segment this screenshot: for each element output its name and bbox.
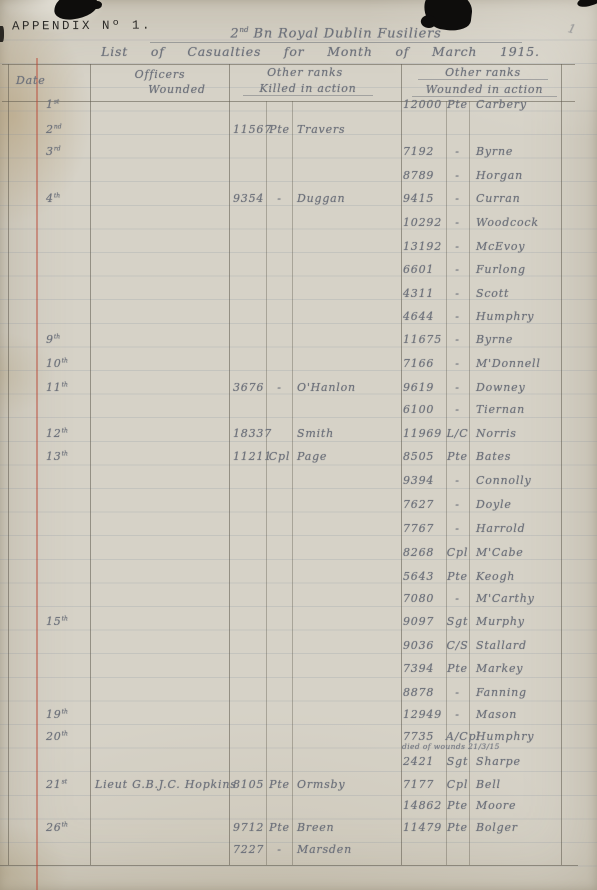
w-no-entry: 6100 <box>403 403 446 419</box>
w-rank-entry: - <box>446 686 469 702</box>
w-rank-entry: L/C <box>446 427 469 443</box>
w-name-entry: Norris <box>476 427 562 443</box>
k-rank-entry: - <box>266 843 293 859</box>
w-rank-entry: Sgt <box>446 615 469 631</box>
header-wounded-line2: Wounded in action <box>412 83 557 97</box>
w-no-entry: 5643 <box>403 570 446 586</box>
header-officers-line1: Officers <box>110 68 210 81</box>
w-name-entry: M'Cabe <box>476 546 562 562</box>
w-name-entry: Sharpe <box>476 755 562 771</box>
w-no-entry: 7166 <box>403 357 446 373</box>
k-name-entry: Page <box>297 450 399 466</box>
date-entry: 12th <box>46 427 86 443</box>
w-rank-entry: C/S <box>446 639 469 655</box>
w-no-entry: 8789 <box>403 169 446 185</box>
ink-blot <box>92 1 102 9</box>
date-entry: 9th <box>46 333 86 349</box>
w-name-entry: McEvoy <box>476 240 562 256</box>
killed-wounded-divider-line <box>401 64 402 865</box>
table-right-border <box>561 64 562 865</box>
w-no-entry: 13192 <box>403 240 446 256</box>
date-entry: 21st <box>46 778 86 794</box>
w-name-entry: M'Carthy <box>476 592 562 608</box>
w-no-entry: 9036 <box>403 639 446 655</box>
date-entry: 15th <box>46 615 86 631</box>
w-no-entry: 8268 <box>403 546 446 562</box>
k-no-entry: 18337 <box>233 427 266 443</box>
w-no-entry: 4311 <box>403 287 446 303</box>
k-rank-entry: - <box>266 381 293 397</box>
header-killed-line2: Killed in action <box>243 82 373 96</box>
header-date: Date <box>16 74 46 87</box>
w-name-entry: Stallard <box>476 639 562 655</box>
w-rank-entry: Pte <box>446 821 469 837</box>
w-rank-entry: - <box>446 333 469 349</box>
w-rank-entry: Sgt <box>446 755 469 771</box>
w-rank-entry: - <box>446 192 469 208</box>
w-rank-entry: Pte <box>446 662 469 678</box>
table-bottom-line <box>0 865 578 866</box>
k-no-entry: 3676 <box>233 381 266 397</box>
w-no-entry: 7177 <box>403 778 446 794</box>
w-no-entry: 12949 <box>403 708 446 724</box>
w-no-entry: 6601 <box>403 263 446 279</box>
date-entry: 19th <box>46 708 86 724</box>
w-rank-entry: - <box>446 263 469 279</box>
w-name-entry: Curran <box>476 192 562 208</box>
w-rank-entry: - <box>446 381 469 397</box>
k-no-entry: 11211 <box>233 450 266 466</box>
w-name-entry: Mason <box>476 708 562 724</box>
k-no-entry: 7227 <box>233 843 266 859</box>
k-no-entry: 9354 <box>233 192 266 208</box>
w-no-entry: 8878 <box>403 686 446 702</box>
w-name-entry: Harrold <box>476 522 562 538</box>
w-name-entry: Bolger <box>476 821 562 837</box>
w-rank-entry: - <box>446 310 469 326</box>
k-rank-entry: Pte <box>266 123 293 139</box>
w-rank-entry: - <box>446 592 469 608</box>
w-no-entry: 7080 <box>403 592 446 608</box>
w-rank-entry: - <box>446 498 469 514</box>
w-rank-entry: - <box>446 357 469 373</box>
red-margin-line <box>36 58 38 890</box>
document-page: APPENDIX Nº 1. 1 2nd Bn Royal Dublin Fus… <box>0 0 597 890</box>
wounded-number-line <box>446 101 447 865</box>
w-no-entry: 4644 <box>403 310 446 326</box>
ink-blot <box>576 0 597 9</box>
w-name-entry: Woodcock <box>476 216 562 232</box>
k-rank-entry: Pte <box>266 778 293 794</box>
date-entry: 20th <box>46 730 86 746</box>
w-rank-entry: - <box>446 474 469 490</box>
w-name-entry: Byrne <box>476 333 562 349</box>
w-no-entry: 9619 <box>403 381 446 397</box>
w-rank-entry: - <box>446 522 469 538</box>
casualty-note: died of wounds 21/3/15 <box>402 742 500 751</box>
w-no-entry: 11969 <box>403 427 446 443</box>
k-name-entry: Ormsby <box>297 778 399 794</box>
date-entry: 13th <box>46 450 86 466</box>
w-name-entry: Markey <box>476 662 562 678</box>
w-rank-entry: - <box>446 240 469 256</box>
w-name-entry: Humphry <box>476 730 562 746</box>
w-name-entry: Scott <box>476 287 562 303</box>
w-name-entry: Byrne <box>476 145 562 161</box>
w-name-entry: Bates <box>476 450 562 466</box>
page-subtitle: List of Casualties for Month of March 19… <box>68 44 573 59</box>
w-name-entry: M'Donnell <box>476 357 562 373</box>
w-rank-entry: - <box>446 169 469 185</box>
officer-entry: Lieut G.B.J.C. Hopkins <box>95 778 231 794</box>
table-top-line <box>2 64 575 65</box>
w-name-entry: Murphy <box>476 615 562 631</box>
k-name-entry: Breen <box>297 821 399 837</box>
date-entry: 10th <box>46 357 86 373</box>
date-entry: 4th <box>46 192 86 208</box>
w-name-entry: Bell <box>476 778 562 794</box>
w-no-entry: 2421 <box>403 755 446 771</box>
w-rank-entry: A/Cpl <box>446 730 469 746</box>
w-rank-entry: Cpl <box>446 546 469 562</box>
w-no-entry: 8505 <box>403 450 446 466</box>
k-name-entry: Travers <box>297 123 399 139</box>
w-no-entry: 7767 <box>403 522 446 538</box>
date-entry: 11th <box>46 381 86 397</box>
w-no-entry: 11675 <box>403 333 446 349</box>
w-rank-entry: - <box>446 287 469 303</box>
date-entry: 2nd <box>46 123 86 139</box>
header-officers-line2: Wounded <box>127 83 227 96</box>
w-rank-entry: - <box>446 216 469 232</box>
k-rank-entry: Cpl <box>266 450 293 466</box>
killed-number-line <box>266 101 267 865</box>
date-entry: 26th <box>46 821 86 837</box>
w-no-entry: 9097 <box>403 615 446 631</box>
w-rank-entry: Pte <box>446 570 469 586</box>
header-wounded-line1: Other ranks <box>418 66 548 80</box>
w-name-entry: Keogh <box>476 570 562 586</box>
date-column-line <box>90 64 91 865</box>
w-name-entry: Connolly <box>476 474 562 490</box>
header-bottom-line <box>2 101 575 102</box>
w-name-entry: Furlong <box>476 263 562 279</box>
w-rank-entry: - <box>446 145 469 161</box>
wounded-rank-line <box>469 101 470 865</box>
date-entry: 3rd <box>46 145 86 161</box>
k-no-entry: 8105 <box>233 778 266 794</box>
header-killed-line1: Other ranks <box>240 66 370 79</box>
table-left-border <box>8 64 9 865</box>
w-rank-entry: - <box>446 708 469 724</box>
appendix-stamp: APPENDIX Nº 1. <box>12 19 152 34</box>
w-name-entry: Tiernan <box>476 403 562 419</box>
w-no-entry: 11479 <box>403 821 446 837</box>
margin-page-number: 1 <box>566 21 578 37</box>
w-no-entry: 7394 <box>403 662 446 678</box>
w-rank-entry: Cpl <box>446 778 469 794</box>
edge-mark <box>0 26 4 42</box>
w-no-entry: 7192 <box>403 145 446 161</box>
w-no-entry: 10292 <box>403 216 446 232</box>
w-name-entry: Fanning <box>476 686 562 702</box>
officers-column-line <box>229 64 230 865</box>
killed-rank-line <box>292 101 293 865</box>
k-rank-entry: - <box>266 192 293 208</box>
w-name-entry: Doyle <box>476 498 562 514</box>
w-no-entry: 9415 <box>403 192 446 208</box>
k-name-entry: Duggan <box>297 192 399 208</box>
w-no-entry: 9394 <box>403 474 446 490</box>
k-name-entry: Marsden <box>297 843 399 859</box>
k-no-entry: 11567 <box>233 123 266 139</box>
w-rank-entry: Pte <box>446 799 469 815</box>
w-name-entry: Humphry <box>476 310 562 326</box>
page-title: 2nd Bn Royal Dublin Fusiliers <box>150 25 522 43</box>
w-no-entry: 7627 <box>403 498 446 514</box>
w-name-entry: Horgan <box>476 169 562 185</box>
k-name-entry: O'Hanlon <box>297 381 399 397</box>
w-no-entry: 14862 <box>403 799 446 815</box>
w-name-entry: Moore <box>476 799 562 815</box>
w-no-entry: 7735 <box>403 730 446 746</box>
k-no-entry: 9712 <box>233 821 266 837</box>
k-rank-entry: Pte <box>266 821 293 837</box>
k-name-entry: Smith <box>297 427 399 443</box>
w-name-entry: Downey <box>476 381 562 397</box>
w-rank-entry: Pte <box>446 450 469 466</box>
w-rank-entry: - <box>446 403 469 419</box>
